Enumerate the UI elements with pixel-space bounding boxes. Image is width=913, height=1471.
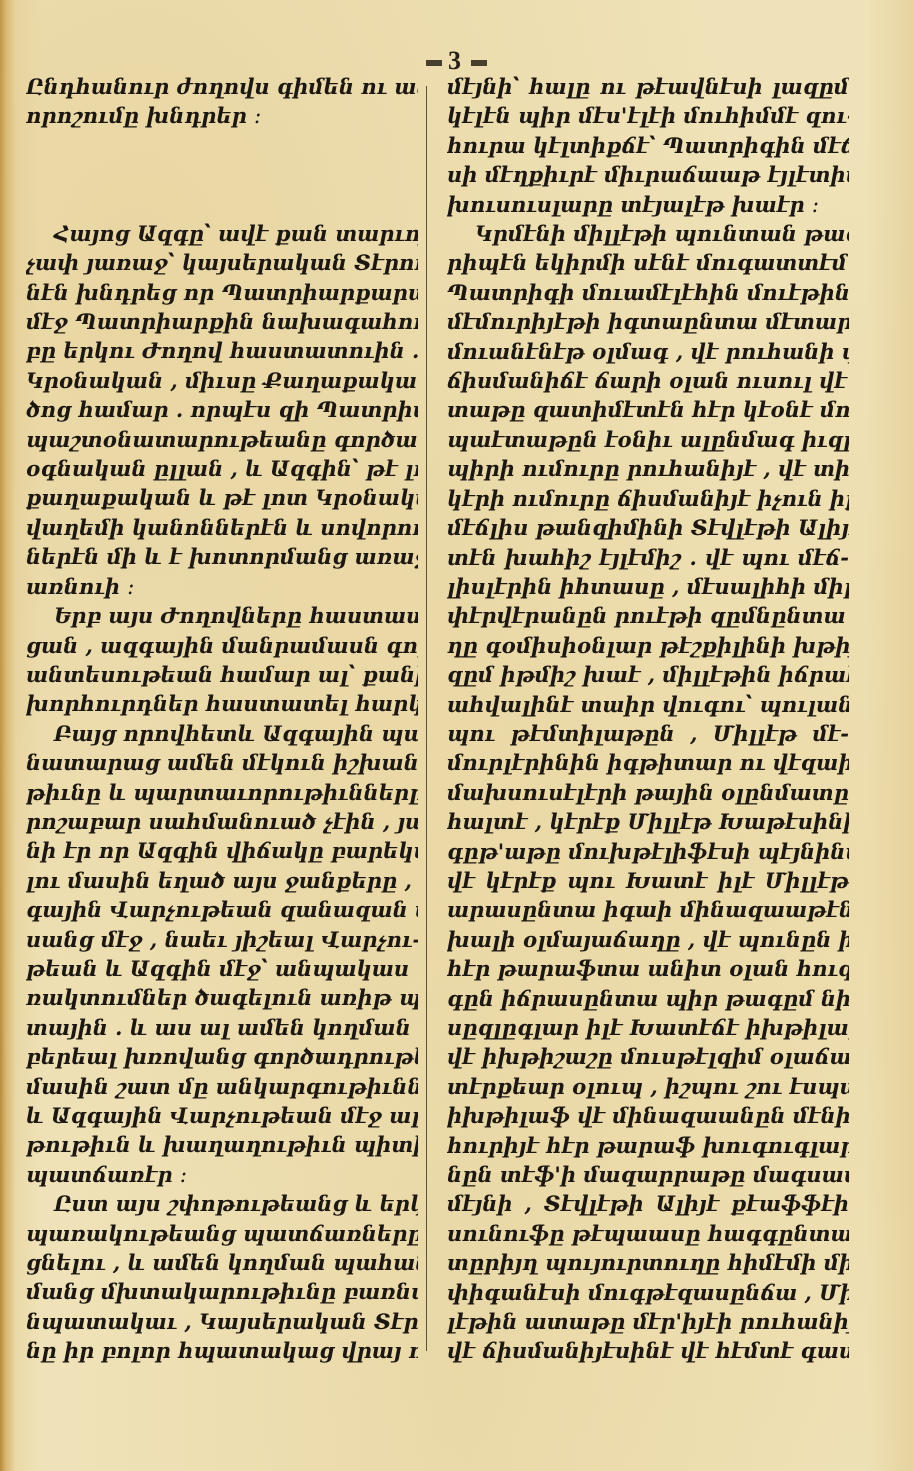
text-line: Երբ այս Ժողովները հաստատուե- [26,601,418,630]
text-line: մուանէնէթ օլմագ , վէ րուհանի վէ [447,337,849,366]
text-line: թիւնը և պարտաւորութիւնները ո- [26,778,418,807]
column-divider [426,86,427,1351]
text-line: րիպէն եկիրմի սէնէ մուգատտէմ , [447,248,849,277]
text-line: թեան և Ազգին մէջ՝ անպակաս պա- [26,954,418,983]
text-line: չափ յառաջ՝ կայսերական Տէրութե- [26,248,418,277]
text-line: պառակութեանց պատճառները վեր- [26,1219,418,1248]
text-line: լիսլէրին իհտասը , մէսալիհի միլլէ- [447,572,849,601]
text-line: տաթը զատիմէտէն հէր կէօնէ մու- [447,395,849,424]
left-column: Ընդհանուր ժողովս գիմեն ու անոր որոշումը … [26,72,418,1366]
text-line: կէրի ումուրը ճիսմանիյէ իչուն իքի [447,484,849,513]
text-line: ցնելու , և ամեն կողման պահանջ- [26,1248,418,1277]
text-line: նը իր բոլոր հպատակաց վրայ ու- [26,1336,418,1365]
text-line: գային Վարչութեան զանազան մա- [26,895,418,924]
text-line: նատարաց ամեն մէկուն իշխանու- [26,748,418,777]
text-line: Հայոց Ազգը՝ ավէ քան տարւոյ [26,219,418,248]
text-line: սըզլըգլար իլէ Խատէճէ իխթիլալ [447,1013,849,1042]
text-line: պատճառէր ։ [26,1160,418,1189]
text-line: ահվալինէ տաիր վուգու՝ պուլան իշ- [447,690,849,719]
text-line: մէճլիս թանզիմինի Տէվլէթի Ալիյէ- [447,513,849,542]
text-line: պաէտաթըն էօնիւ ալընմագ իւզրէ , [447,425,849,454]
text-line: սունուֆը թէպաասը հագգընտա պի- [447,1219,849,1248]
text-line: մախսուսէլէրի թային օլընմատըղը [447,778,849,807]
text-line: պու թէմտիլաթըն , Միլլէթ մէ- [447,719,849,748]
text-line: քաղաքական և թէ լոտ Կրօնականի՝ [26,483,418,512]
text-line: ծոց համար ․ որպէս զի Պատրիարքին [26,395,418,424]
text-line: հուրիյէ հէր թարաֆ խուգուգլարը- [447,1131,849,1160]
text-line: փիգանէսի մուգթէզասընճա , Միլ- [447,1278,849,1307]
text-line: Բայց որովհետև Ազգային պաշտօ- [26,719,418,748]
text-line: լու մասին եղած այս ջանքերը , Ազ- [26,866,418,895]
text-line: ղը գօմիսիօնլար թէշքիլինի խթիյա- [447,631,849,660]
text-line: լէթին ատաթը մէր'իյէի րուհանիյէ [447,1307,849,1336]
text-line: զըմ իթմիշ խաէ , միլլէթին իճրահը [447,660,849,689]
text-line: վաղեմի կանոններէն և սովորութիւն- [26,513,418,542]
text-line: խորհուրդներ հաստատել հարկ եղաւ ։ [26,689,418,718]
text-line: նէն խնդրեց որ Պատրիարքարանի [26,278,418,307]
text-line: ցան , ազգային մանրամասն գործոց [26,631,418,660]
text-line: մանց մխտակարութիւնը բառնալու [26,1277,418,1306]
text-line: արասընտա իգաի մինազաաթէն [447,895,849,924]
text-line: մէյնի՝ հալը ու թէավնէսի լազըմ [447,72,849,101]
right-column: մէյնի՝ հալը ու թէավնէսի լազըմ կէլէն պիր … [447,72,849,1366]
page-number-value: 3 [448,46,465,75]
text-line: վէ իխթիշաշը մուսթէլզիմ օլաճաղը [447,1042,849,1071]
text-line: կէլէն պիր մէս'էլէի մուհիմմէ զու- [447,101,849,130]
text-line: հալտէ , կէրէք Միլլէթ Խաթէսինին [447,807,849,836]
page-number-dash-left [426,60,442,66]
text-line: մէյնի , Տէվլէթի Ալիյէ քէաֆֆէի [447,1189,849,1218]
text-line: անտեսութեան համար ալ՝ քանի մը [26,660,418,689]
text-line: Կրմէնի միլլէթի պունտան թագ- [447,219,849,248]
text-line: փէրվէրանըն րուէթի զըմնընտա , պու- [447,601,849,630]
text-line: տէն խահիշ էյլէմիշ ․ վէ պու մէճ- [447,543,849,572]
text-line: սի մէղքիւրէ միւրաճաաթ էյլէտիփ [447,160,849,189]
text-line: մէմուրիյէթի իգտաընտա մէտարը [447,307,849,336]
text-line: տըրիյղ պույուրտուղը հիմէմի միւշ- [447,1248,849,1277]
text-line: հէր թարաֆտա անիտ օլան հուգու- [447,954,849,983]
text-line: Ըստ այս շփոթութեանց և երկ- [26,1189,418,1218]
text-line: Պատրիգի մուամէլէհին մուէթինէ [447,278,849,307]
text-line: վէ կէրէք պու Խատէ իլէ Միլլէթ [447,866,849,895]
paragraph-gap [26,131,418,219]
text-line: խալի օլմայաճաղը , վէ պունըն իսէ [447,925,849,954]
text-line: նպատակաւ , Կայսերական Տէրութիւ- [26,1307,418,1336]
text-line: մուրլէրինին իգթիտար ու վէզաիֆի [447,748,849,777]
text-line: նի էր որ Ազգին վիճակը բարեկարգե- [26,836,418,865]
text-line: ռակտումներ ծագելուն առիթ պիտի [26,983,418,1012]
text-line: Ընդհանուր ժողովս գիմեն ու անոր [26,72,418,101]
text-line: ներէն մի և է խոտորմանց առաջքը [26,542,418,571]
text-line: գըն իճրասընտա պիր թագըմ նիզամ- [447,984,849,1013]
page-number-dash-right [471,60,487,66]
text-line: որոշումը խնդրեր ։ [26,101,418,130]
text-line: նըն տէֆ'ի մազարրաթը մագսատընտա [447,1160,849,1189]
text-line: պիրի ումուրը րուհանիյէ , վէ տի- [447,454,849,483]
text-line: սանց մէջ , նաեւ յիշեալ Վարչու- [26,925,418,954]
text-line: տային ․ և աս ալ ամեն կողման վերա- [26,1013,418,1042]
text-line: և Ազգային Վարչութեան մէջ ալ շփո- [26,1101,418,1130]
text-line: տէրքեար օլուպ , իշպու շու էսպապը [447,1072,849,1101]
text-line: իխթիլաֆ վէ մինազաանըն մէնի'ի զու- [447,1101,849,1130]
text-line: ճիսմանիճէ ճարի օլան ուսուլ վէ ա- [447,366,849,395]
text-line: բը երկու Ժողով հաստատուին ․ մէկը [26,336,418,365]
text-line: պաշտօնատարութեանը գործակից և [26,425,418,454]
text-line: օգնական ըլլան , և Ազգին՝ թէ լոտ [26,454,418,483]
text-line: առնուի ։ [26,572,418,601]
text-line: Կրօնական , միւսը Քաղաքական գոր- [26,366,418,395]
text-line: մէջ Պատրիարքին նախագահութեամբ [26,307,418,336]
text-line: թութիւն և խաղաղութիւն պիտի [26,1130,418,1159]
text-line: րոշաբար սահմանուած չէին , յայտ- [26,807,418,836]
text-line: գըթ'աթը մուխթէլիֆէսի պէյնինտէ ․ [447,837,849,866]
text-line: խուսուսլարը տէյալէթ խաէր ։ [447,190,849,219]
text-line: մասին շատ մը անկարգութիւններ , [26,1072,418,1101]
text-line: վէ ճիսմանիյէսինէ վէ հէմտէ գատիմ [447,1336,849,1365]
text-line: հուրա կէլտիքճէ՝ Պատրիգին մէճլի- [447,131,849,160]
text-line: բերեալ խռովանց գործադրութեան [26,1042,418,1071]
